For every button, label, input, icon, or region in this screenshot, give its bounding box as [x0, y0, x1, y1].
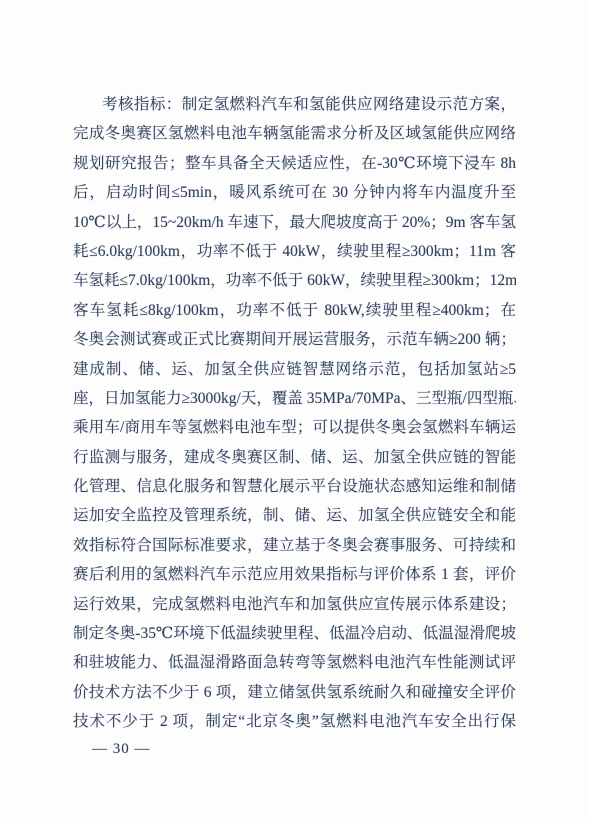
- text-line: 10℃以上，15~20km/h 车速下，最大爬坡度高于 20%；9m 客车氢: [73, 208, 516, 237]
- text-line: 乘用车/商用车等氢燃料电池车型；可以提供冬奥会氢燃料车辆运: [73, 413, 516, 442]
- text-line: 效指标符合国际标准要求，建立基于冬奥会赛事服务、可持续和: [73, 531, 516, 560]
- text-line: 和驻坡能力、低温湿滑路面急转弯等氢燃料电池汽车性能测试评: [73, 648, 516, 677]
- body-text-block: 考核指标：制定氢燃料汽车和氢能供应网络建设示范方案， 完成冬奥赛区氢燃料电池车辆…: [73, 90, 516, 737]
- text-line: 技术不少于 2 项，制定“北京冬奥”氢燃料电池汽车安全出行保: [73, 707, 516, 736]
- text-line: 冬奥会测试赛或正式比赛期间开展运营服务，示范车辆≥200 辆；: [73, 325, 516, 354]
- text-line: 客车氢耗≤8kg/100km，功率不低于 80kW,续驶里程≥400km；在: [73, 296, 516, 325]
- text-line: 价技术方法不少于 6 项，建立储氢供氢系统耐久和碰撞安全评价: [73, 678, 516, 707]
- text-line: 座，日加氢能力≥3000kg/天，覆盖 35MPa/70MPa、三型瓶/四型瓶、: [73, 384, 516, 413]
- text-line: 运行效果，完成氢燃料电池汽车和加氢供应宣传展示体系建设；: [73, 590, 516, 619]
- text-line: 车氢耗≤7.0kg/100km，功率不低于 60kW，续驶里程≥300km；12…: [73, 266, 516, 295]
- page-number: — 30 —: [92, 738, 151, 760]
- text-line: 后，启动时间≤5min，暖风系统可在 30 分钟内将车内温度升至: [73, 178, 516, 207]
- text-line: 运加安全监控及管理系统，制、储、运、加氢全供应链安全和能: [73, 501, 516, 530]
- document-page: 考核指标：制定氢燃料汽车和氢能供应网络建设示范方案， 完成冬奥赛区氢燃料电池车辆…: [0, 0, 589, 823]
- text-line: 规划研究报告；整车具备全天候适应性，在-30℃环境下浸车 8h: [73, 149, 516, 178]
- text-line: 赛后利用的氢燃料汽车示范应用效果指标与评价体系 1 套，评价: [73, 560, 516, 589]
- text-line: 完成冬奥赛区氢燃料电池车辆氢能需求分析及区域氢能供应网络: [73, 119, 516, 148]
- text-line: 耗≤6.0kg/100km，功率不低于 40kW，续驶里程≥300km；11m …: [73, 237, 516, 266]
- text-line: 考核指标：制定氢燃料汽车和氢能供应网络建设示范方案，: [73, 90, 516, 119]
- text-line: 行监测与服务，建成冬奥赛区制、储、运、加氢全供应链的智能: [73, 443, 516, 472]
- text-line: 制定冬奥-35℃环境下低温续驶里程、低温冷启动、低温湿滑爬坡: [73, 619, 516, 648]
- text-line: 建成制、储、运、加氢全供应链智慧网络示范，包括加氢站≥5: [73, 355, 516, 384]
- text-line: 化管理、信息化服务和智慧化展示平台设施状态感知运维和制储: [73, 472, 516, 501]
